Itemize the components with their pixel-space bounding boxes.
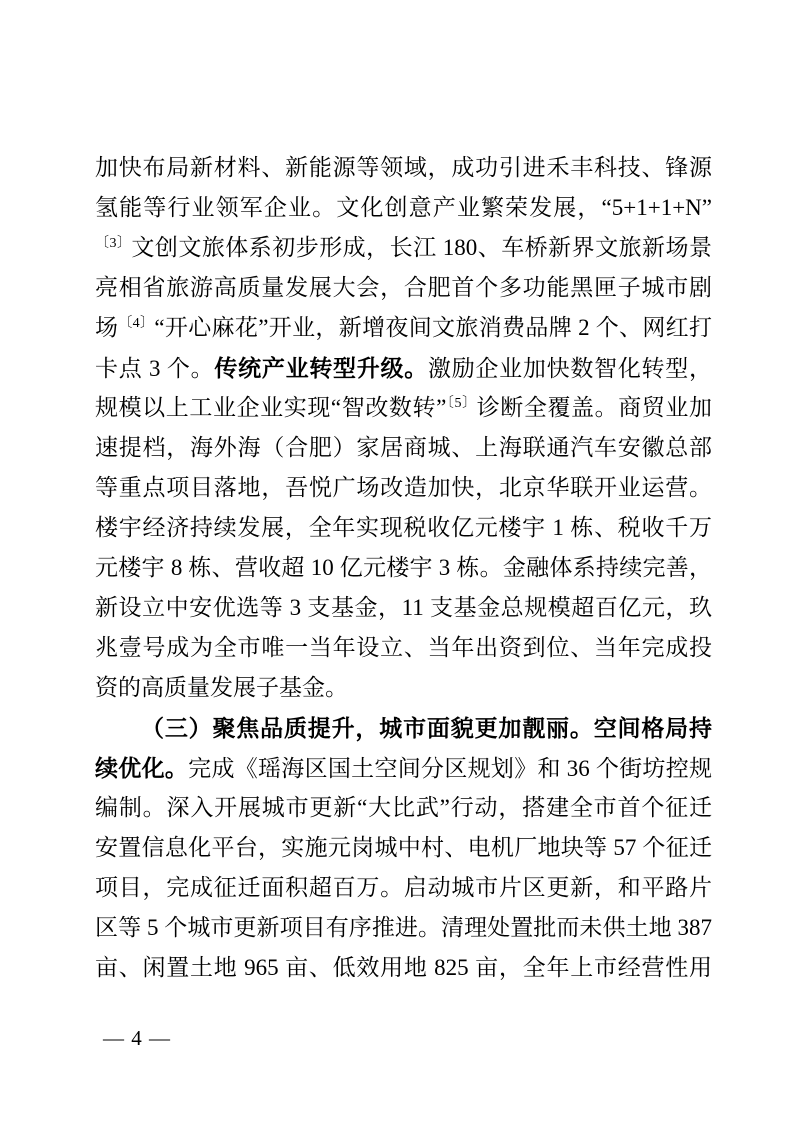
footnote-marker: 〔5〕 (446, 396, 476, 411)
text-segment: 楼宇经济持续发展，全年实现税收亿元楼宇 1 栋、税收千万 (95, 515, 712, 540)
text-segment: 等重点项目落地，吾悦广场改造加快，北京华联开业运营。 (95, 475, 712, 500)
text-segment: 场 (95, 315, 118, 340)
bold-text-segment: （三）聚焦品质提升，城市面貌更加靓丽。空间格局持 (141, 715, 712, 741)
text-segment: 区等 5 个城市更新项目有序推进。清理处置批而未供土地 387 (95, 915, 712, 940)
text-segment: “开心麻花”开业，新增夜间文旅消费品牌 2 个、网红打 (154, 315, 712, 340)
body-text: 加快布局新材料、新能源等领域，成功引进禾丰科技、锋源氢能等行业领军企业。文化创意… (95, 148, 712, 988)
text-line: 场〔4〕“开心麻花”开业，新增夜间文旅消费品牌 2 个、网红打 (95, 308, 712, 348)
text-line: 卡点 3 个。传统产业转型升级。激励企业加快数智化转型， (95, 348, 712, 388)
text-line: 亮相省旅游高质量发展大会，合肥首个多功能黑匣子城市剧 (95, 268, 712, 308)
text-line: 项目，完成征迁面积超百万。启动城市片区更新，和平路片 (95, 868, 712, 908)
text-line: 安置信息化平台，实施元岗城中村、电机厂地块等 57 个征迁 (95, 828, 712, 868)
text-segment: 新设立中安优选等 3 支基金，11 支基金总规模超百亿元，玖 (95, 595, 712, 620)
bold-text-segment: 续优化。 (95, 755, 188, 781)
text-segment: 激励企业加快数智化转型， (428, 356, 712, 381)
text-segment: 诊断全覆盖。商贸业加 (477, 395, 712, 420)
text-line: 区等 5 个城市更新项目有序推进。清理处置批而未供土地 387 (95, 908, 712, 948)
text-line: 规模以上工业企业实现“智改数转”〔5〕诊断全覆盖。商贸业加 (95, 388, 712, 428)
text-segment: 文创文旅体系初步形成，长江 180、车桥新界文旅新场景 (131, 235, 712, 260)
text-segment: 编制。深入开展城市更新“大比武”行动，搭建全市首个征迁 (95, 795, 712, 820)
text-line: 新设立中安优选等 3 支基金，11 支基金总规模超百亿元，玖 (95, 588, 712, 628)
text-line: 等重点项目落地，吾悦广场改造加快，北京华联开业运营。 (95, 468, 712, 508)
text-segment: 速提档，海外海（合肥）家居商城、上海联通汽车安徽总部 (95, 435, 712, 460)
text-segment: 加快布局新材料、新能源等领域，成功引进禾丰科技、锋源 (95, 155, 712, 180)
text-segment: 规模以上工业企业实现“智改数转” (95, 395, 446, 420)
page-number: — 4 — (103, 1024, 171, 1052)
text-segment: 完成《瑶海区国土空间分区规划》和 36 个街坊控规 (188, 756, 712, 781)
text-segment: 氢能等行业领军企业。文化创意产业繁荣发展，“5+1+1+N” (95, 195, 712, 220)
document-page: 加快布局新材料、新能源等领域，成功引进禾丰科技、锋源氢能等行业领军企业。文化创意… (0, 0, 793, 1122)
text-segment: 元楼宇 8 栋、营收超 10 亿元楼宇 3 栋。金融体系持续完善， (95, 555, 712, 580)
text-segment: 兆壹号成为全市唯一当年设立、当年出资到位、当年完成投 (95, 635, 712, 660)
footnote-marker: 〔3〕 (95, 236, 131, 251)
text-segment: 项目，完成征迁面积超百万。启动城市片区更新，和平路片 (95, 875, 712, 900)
text-line: 兆壹号成为全市唯一当年设立、当年出资到位、当年完成投 (95, 628, 712, 668)
text-segment: 亮相省旅游高质量发展大会，合肥首个多功能黑匣子城市剧 (95, 275, 712, 300)
text-line: 元楼宇 8 栋、营收超 10 亿元楼宇 3 栋。金融体系持续完善， (95, 548, 712, 588)
text-line: 资的高质量发展子基金。 (95, 668, 712, 708)
footnote-marker: 〔4〕 (118, 316, 154, 331)
text-line: 楼宇经济持续发展，全年实现税收亿元楼宇 1 栋、税收千万 (95, 508, 712, 548)
text-segment: 卡点 3 个。 (95, 356, 214, 381)
text-line: 亩、闲置土地 965 亩、低效用地 825 亩，全年上市经营性用 (95, 948, 712, 988)
bold-text-segment: 传统产业转型升级。 (214, 355, 428, 381)
text-line: （三）聚焦品质提升，城市面貌更加靓丽。空间格局持 (95, 708, 712, 748)
text-line: 速提档，海外海（合肥）家居商城、上海联通汽车安徽总部 (95, 428, 712, 468)
text-line: 加快布局新材料、新能源等领域，成功引进禾丰科技、锋源 (95, 148, 712, 188)
text-segment: 安置信息化平台，实施元岗城中村、电机厂地块等 57 个征迁 (95, 835, 712, 860)
text-line: 编制。深入开展城市更新“大比武”行动，搭建全市首个征迁 (95, 788, 712, 828)
text-line: 〔3〕文创文旅体系初步形成，长江 180、车桥新界文旅新场景 (95, 228, 712, 268)
text-segment: 资的高质量发展子基金。 (95, 675, 348, 700)
text-line: 氢能等行业领军企业。文化创意产业繁荣发展，“5+1+1+N” (95, 188, 712, 228)
text-line: 续优化。完成《瑶海区国土空间分区规划》和 36 个街坊控规 (95, 748, 712, 788)
text-segment: 亩、闲置土地 965 亩、低效用地 825 亩，全年上市经营性用 (95, 955, 712, 980)
